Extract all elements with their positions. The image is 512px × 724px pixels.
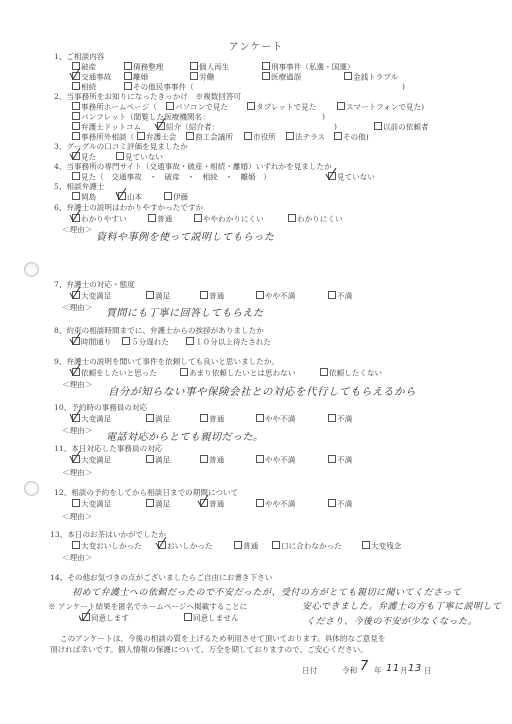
q7-reason-handwritten[interactable]: 質問にも丁寧に回答してもらえた xyxy=(106,304,264,319)
checkbox-icon[interactable] xyxy=(374,122,382,130)
q10-option-very-satisfied[interactable]: 大変満足 xyxy=(72,414,111,424)
q2-option-tablet[interactable]: タブレットで見た xyxy=(247,102,316,112)
q6-option-normal[interactable]: 普通 xyxy=(148,214,172,224)
checkbox-icon[interactable] xyxy=(337,102,345,110)
checkbox-icon[interactable] xyxy=(72,499,80,507)
q1-option-medical[interactable]: 医療過誤 xyxy=(262,72,301,82)
checkbox-icon[interactable] xyxy=(72,132,80,140)
q8-option-on-time[interactable]: 時間通り xyxy=(72,337,111,347)
checkbox-checked-icon[interactable] xyxy=(72,368,80,376)
date-label: 日付 xyxy=(302,666,317,675)
checkbox-icon[interactable] xyxy=(328,291,336,299)
q2-option-houterasu[interactable]: 法テラス xyxy=(286,132,325,142)
q1-option-divorce[interactable]: 離婚 xyxy=(124,72,148,82)
checkbox-checked-icon[interactable] xyxy=(158,541,166,549)
checkbox-icon[interactable] xyxy=(164,192,172,200)
checkmark-icon xyxy=(115,188,127,200)
q10-option-dissatisfied[interactable]: 不満 xyxy=(328,414,352,424)
checkbox-icon[interactable] xyxy=(256,455,264,463)
q12-option-slightly-dissatisfied[interactable]: やや不満 xyxy=(256,499,295,509)
checkbox-checked-icon[interactable] xyxy=(328,172,336,180)
checkbox-icon[interactable] xyxy=(122,337,130,345)
close-paren: ) xyxy=(334,122,337,131)
checkbox-checked-icon[interactable] xyxy=(72,152,80,160)
q7-option-slightly-dissatisfied[interactable]: やや不満 xyxy=(256,291,295,301)
q10-reason-label: ＜理由＞ xyxy=(62,425,92,436)
q2-option-other[interactable]: その他) xyxy=(334,132,369,142)
checkbox-checked-icon[interactable] xyxy=(72,414,80,422)
q13-option-very-tasty[interactable]: 大変おいしかった xyxy=(72,541,142,551)
q2-label: 2、当事務所をお知りになったきっかけ ※複数回答可 xyxy=(54,92,241,101)
checkbox-checked-icon[interactable] xyxy=(82,613,90,621)
checkbox-icon[interactable] xyxy=(200,414,208,422)
q2-option-city-hall[interactable]: 市役所 xyxy=(244,132,276,142)
checkbox-icon[interactable] xyxy=(247,102,255,110)
checkbox-icon[interactable] xyxy=(72,172,80,180)
q6-label: 6、弁護士の説明はわかりやすかったですか xyxy=(54,203,203,212)
q7-option-dissatisfied[interactable]: 不満 xyxy=(328,291,352,301)
q13-option-very-disappointing[interactable]: 大変残念 xyxy=(362,541,401,551)
q2-option-bengoshi-dotcom[interactable]: 弁護士ドットコム xyxy=(72,122,141,132)
checkbox-icon[interactable] xyxy=(288,214,296,222)
q5-label: 5、相談弁護士 xyxy=(54,182,104,191)
checkbox-icon[interactable] xyxy=(72,82,80,90)
q9-reason-handwritten[interactable]: 自分が知らない事や保険会社との対応を代行してもらえるから xyxy=(108,384,416,399)
checkbox-icon[interactable] xyxy=(344,72,352,80)
consent-label: ※ アンケート結果を匿名でホームページへ掲載することに xyxy=(48,602,247,611)
checkbox-icon[interactable] xyxy=(124,62,132,70)
q12-option-satisfied[interactable]: 満足 xyxy=(146,499,170,509)
checkbox-checked-icon[interactable] xyxy=(200,499,208,507)
q12-reason-label: ＜理由＞ xyxy=(62,511,92,522)
q2-option-bar[interactable]: 弁護士会 xyxy=(137,132,176,142)
checkbox-icon[interactable] xyxy=(146,499,154,507)
checkbox-icon[interactable] xyxy=(234,541,242,549)
q5-option-ito[interactable]: 伊藤 xyxy=(164,192,188,202)
q13-option-tasty[interactable]: おいしかった xyxy=(158,541,213,551)
q1-option-criminal[interactable]: 刑事事件（私選・国選） xyxy=(262,62,355,72)
q3-option-saw[interactable]: 見た xyxy=(72,152,96,162)
q9-option-not-really[interactable]: あまり依頼したいとは思わない xyxy=(180,368,295,378)
page-title: アンケート xyxy=(0,38,512,53)
checkbox-icon[interactable] xyxy=(146,414,154,422)
q2-option-smartphone[interactable]: スマートフォンで見た) xyxy=(337,102,424,112)
q9-reason-label: ＜理由＞ xyxy=(62,379,92,390)
q2-option-pamphlet[interactable]: パンフレット（閲覧した医療機関名： xyxy=(72,112,210,122)
checkbox-icon[interactable] xyxy=(186,337,194,345)
checkbox-icon[interactable] xyxy=(146,455,154,463)
close-paren: ) xyxy=(322,112,325,121)
q2-option-chamber[interactable]: 商工会議所 xyxy=(186,132,233,142)
q8-label: 8、約束の相談時間までに、弁護士からの挨拶がありましたか xyxy=(54,326,264,335)
checkbox-icon[interactable] xyxy=(320,368,328,376)
checkbox-icon[interactable] xyxy=(72,112,80,120)
checkbox-icon[interactable] xyxy=(124,72,132,80)
checkbox-checked-icon[interactable] xyxy=(72,214,80,222)
q14-label: 14、その他お気づきの点がございましたらご自由にお書き下さい xyxy=(50,573,272,582)
q11-option-slightly-dissatisfied[interactable]: やや不満 xyxy=(256,455,295,465)
q10-label: 10、予約時の事務員の対応 xyxy=(54,403,147,412)
q1-option-bankruptcy[interactable]: 破産 xyxy=(72,62,96,72)
checkbox-icon[interactable] xyxy=(116,152,124,160)
checkbox-checked-icon[interactable] xyxy=(72,72,80,80)
footer-line-1: このアンケートは、今後の相談の質を上げるため利用させて頂いております。具体的なご… xyxy=(60,634,385,644)
checkbox-icon[interactable] xyxy=(328,499,336,507)
q2-option-pc[interactable]: パソコンで見た xyxy=(166,102,228,112)
q1-label: 1、ご相談内容 xyxy=(54,52,104,61)
q1-option-labor[interactable]: 労働 xyxy=(190,72,214,82)
checkbox-icon[interactable] xyxy=(166,102,174,110)
checkbox-checked-icon[interactable] xyxy=(118,192,126,200)
checkbox-icon[interactable] xyxy=(256,499,264,507)
q5-option-okajima[interactable]: 岡島 xyxy=(72,192,96,202)
q12-option-dissatisfied[interactable]: 不満 xyxy=(328,499,352,509)
q2-option-previous-client[interactable]: 以前の依頼者 xyxy=(374,122,429,132)
q6-option-hard[interactable]: わかりにくい xyxy=(288,214,343,224)
q1-option-traffic[interactable]: 交通事故 xyxy=(72,72,111,82)
q14-comment-line-1[interactable]: 初めて弁護士への依頼だったので不安だったが、受付の方がとても親切に聞いてくださっ… xyxy=(72,585,462,598)
q13-reason-label: ＜理由＞ xyxy=(62,552,92,563)
date-month-unit: 月 xyxy=(400,666,408,675)
checkbox-icon[interactable] xyxy=(262,72,270,80)
checkbox-icon[interactable] xyxy=(200,291,208,299)
survey-page: アンケート 1、ご相談内容 破産 債務整理 個人再生 刑事事件（私選・国選） 交… xyxy=(0,0,512,724)
checkbox-icon[interactable] xyxy=(72,62,80,70)
q11-label: 11、本日対応した事務員の対応 xyxy=(54,444,162,453)
q14-comment-line-3[interactable]: くださり、今後の不安が少なくなった。 xyxy=(306,614,477,627)
date-era: 令和 xyxy=(342,666,357,675)
checkbox-icon[interactable] xyxy=(72,102,80,110)
checkbox-icon[interactable] xyxy=(200,455,208,463)
q4-label: 4、当事務所の専門サイト（交通事故・破産・相続・離婚）いずれかを見ましたか xyxy=(54,162,332,171)
checkbox-checked-icon[interactable] xyxy=(157,122,165,130)
q3-option-not-seen[interactable]: 見ていない xyxy=(116,152,163,162)
checkbox-icon[interactable] xyxy=(72,541,80,549)
checkbox-icon[interactable] xyxy=(72,122,80,130)
checkbox-icon[interactable] xyxy=(148,214,156,222)
q11-reason-label: ＜理由＞ xyxy=(62,467,92,478)
q11-option-satisfied[interactable]: 満足 xyxy=(146,455,170,465)
q8-option-5min-late[interactable]: ５分遅れた xyxy=(122,337,169,347)
checkbox-checked-icon[interactable] xyxy=(72,455,80,463)
checkbox-icon[interactable] xyxy=(72,192,80,200)
checkbox-icon[interactable] xyxy=(244,132,252,140)
q4-option-saw[interactable]: 見た（ 交通事故 ・ 破産 ・ 相続 ・ 離婚 ） xyxy=(72,172,271,182)
q9-option-no[interactable]: 依頼したくない xyxy=(320,368,382,378)
q11-option-very-satisfied[interactable]: 大変満足 xyxy=(72,455,111,465)
checkbox-checked-icon[interactable] xyxy=(72,291,80,299)
date-year[interactable]: 7 xyxy=(360,662,369,671)
q10-reason-handwritten[interactable]: 電話対応からとても親切だった。 xyxy=(106,428,264,443)
checkbox-icon[interactable] xyxy=(190,62,198,70)
checkbox-icon[interactable] xyxy=(362,541,370,549)
checkbox-icon[interactable] xyxy=(256,291,264,299)
q6-option-easy[interactable]: わかりやすい xyxy=(72,214,127,224)
q1-option-other-civil[interactable]: その他民事事件（ xyxy=(124,82,194,92)
date-year-unit: 年 xyxy=(374,666,382,675)
date-day[interactable]: 13 xyxy=(408,664,422,673)
q1-option-debt[interactable]: 債務整理 xyxy=(124,62,163,72)
q12-option-very-satisfied[interactable]: 大変満足 xyxy=(72,499,111,509)
checkbox-icon[interactable] xyxy=(286,132,294,140)
q7-option-very-satisfied[interactable]: 大変満足 xyxy=(72,291,111,301)
q6-reason-label: ＜理由＞ xyxy=(62,224,92,235)
q1-option-money[interactable]: 金銭トラブル xyxy=(344,72,398,82)
checkbox-icon[interactable] xyxy=(124,82,132,90)
punch-hole xyxy=(24,262,39,277)
footer-line-2: 頂ければ幸いです。個人情報の保護について、万全を期しておりますので、ご安心くださ… xyxy=(50,645,368,655)
checkbox-icon[interactable] xyxy=(137,132,145,140)
q4-option-not-seen[interactable]: 見ていない xyxy=(328,172,375,182)
q14-comment-line-2[interactable]: 安心できました。弁護士の方も丁寧に説明して xyxy=(302,599,502,612)
q11-option-dissatisfied[interactable]: 不満 xyxy=(328,455,352,465)
punch-hole xyxy=(24,481,39,496)
q7-reason-label: ＜理由＞ xyxy=(62,302,92,313)
q13-label: 13、本日のお茶はいかがでしたか xyxy=(50,530,166,539)
q13-option-normal[interactable]: 普通 xyxy=(234,541,258,551)
checkbox-icon[interactable] xyxy=(256,414,264,422)
q9-label: 9、弁護士の説明を聞いて事件を依頼しても良いと思いましたか。 xyxy=(54,357,279,366)
checkbox-icon[interactable] xyxy=(328,455,336,463)
checkbox-icon[interactable] xyxy=(190,72,198,80)
checkbox-icon[interactable] xyxy=(186,132,194,140)
checkbox-icon[interactable] xyxy=(334,132,342,140)
close-paren: ) xyxy=(402,82,405,91)
q11-option-normal[interactable]: 普通 xyxy=(200,455,224,465)
q6-option-somewhat-hard[interactable]: ややわかりにくい xyxy=(194,214,264,224)
consent-option-disagree[interactable]: 同意しません xyxy=(184,613,239,623)
checkbox-icon[interactable] xyxy=(194,214,202,222)
q12-option-normal[interactable]: 普通 xyxy=(200,499,224,509)
q8-option-10min-plus[interactable]: １０分以上待たされた xyxy=(186,337,271,347)
checkbox-icon[interactable] xyxy=(272,541,280,549)
checkbox-icon[interactable] xyxy=(262,62,270,70)
q2-option-referral[interactable]: 紹介（紹介者： xyxy=(157,122,219,132)
q1-option-rehab[interactable]: 個人再生 xyxy=(190,62,229,72)
q2-option-homepage[interactable]: 事務所ホームページ（ xyxy=(72,102,157,112)
q10-option-satisfied[interactable]: 満足 xyxy=(146,414,170,424)
checkbox-icon[interactable] xyxy=(180,368,188,376)
q6-reason-handwritten[interactable]: 資料や事例を使って説明してもらった xyxy=(96,228,275,243)
q3-label: 3、グーグルの口コミ評価を見ましたか xyxy=(54,142,188,151)
checkbox-icon[interactable] xyxy=(328,414,336,422)
q13-option-not-to-taste[interactable]: 口に合わなかった xyxy=(272,541,342,551)
q9-option-want-to-hire[interactable]: 依頼をしたいと思った xyxy=(72,368,157,378)
q10-option-slightly-dissatisfied[interactable]: やや不満 xyxy=(256,414,295,424)
q7-option-satisfied[interactable]: 満足 xyxy=(146,291,170,301)
date-day-unit: 日 xyxy=(424,666,432,675)
consent-option-agree[interactable]: 同意します xyxy=(82,613,129,623)
checkbox-icon[interactable] xyxy=(146,291,154,299)
q7-label: 7、弁護士の対応・態度 xyxy=(54,280,135,289)
checkbox-icon[interactable] xyxy=(184,613,192,621)
q12-label: 12、相談の予約をしてから相談日までの期間について xyxy=(54,488,238,497)
date-month[interactable]: 11 xyxy=(386,664,400,673)
q2-option-outside[interactable]: 事務所外相談（ xyxy=(72,132,134,142)
q1-option-inheritance[interactable]: 相続 xyxy=(72,82,96,92)
q5-option-yamamoto[interactable]: 山本 xyxy=(118,192,142,202)
q7-option-normal[interactable]: 普通 xyxy=(200,291,224,301)
checkbox-checked-icon[interactable] xyxy=(72,337,80,345)
q10-option-normal[interactable]: 普通 xyxy=(200,414,224,424)
